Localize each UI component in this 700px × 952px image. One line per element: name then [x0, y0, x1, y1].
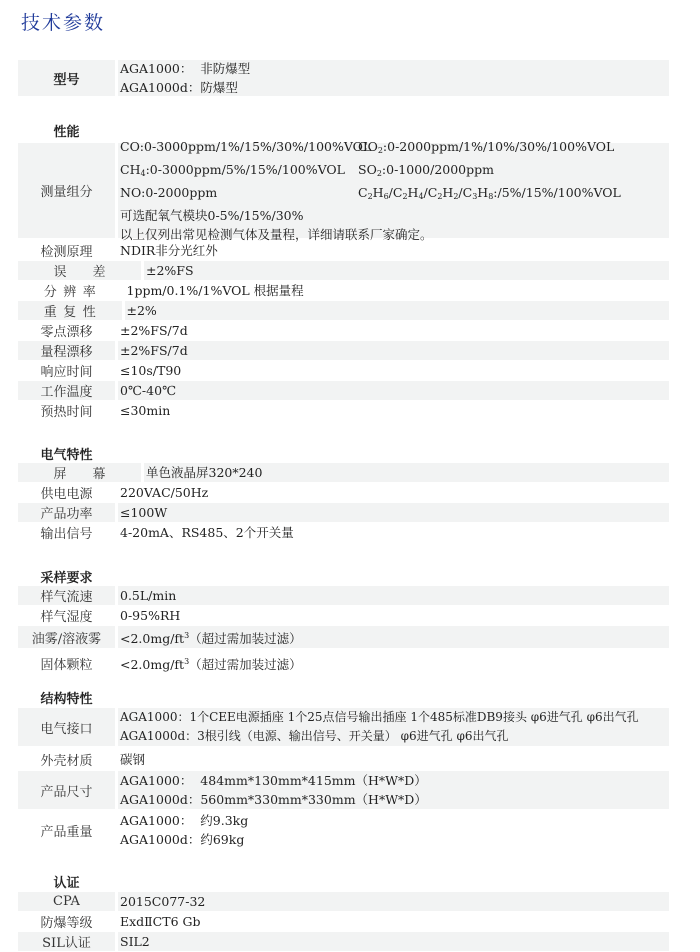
gas-range: NO:0-2000ppm — [120, 183, 358, 206]
spec-row: 防爆等级ExdⅡCT6 Gb — [18, 912, 669, 931]
spec-label: 屏幕 — [18, 463, 141, 482]
spec-row: 分辨率1ppm/0.1%/1%VOL 根据量程 — [18, 281, 669, 300]
spec-row: 预热时间≤30min — [18, 401, 669, 420]
spec-label: 电气接口 — [18, 708, 115, 746]
page-title: 技术参数 — [21, 8, 105, 35]
spec-label: 油雾/溶液雾 — [18, 626, 115, 648]
spec-value: SIL2 — [118, 932, 669, 951]
gas-range: CH4:0-3000ppm/5%/15%/100%VOL — [120, 160, 358, 183]
spec-value: AGA1000：1个CEE电源插座 1个25点信号输出插座 1个485标准DB9… — [118, 708, 669, 746]
spec-row: 工作温度0℃-40℃ — [18, 381, 669, 400]
spec-value: AGA1000： 非防爆型 AGA1000d：防爆型 — [118, 60, 669, 96]
spec-row: 零点漂移±2%FS/7d — [18, 321, 669, 340]
spec-label: 产品功率 — [18, 503, 115, 522]
spec-label: 量程漂移 — [18, 341, 115, 360]
spec-value: ±2%FS — [144, 261, 669, 280]
spec-value: AGA1000： 484mm*130mm*415mm（H*W*D） AGA100… — [118, 771, 669, 809]
spec-row-weight: 产品重量 AGA1000： 约9.3kg AGA1000d：约69kg — [18, 811, 669, 849]
spec-value: ExdⅡCT6 Gb — [118, 912, 669, 931]
spec-label: 重复性 — [18, 301, 122, 320]
oxygen-option: 可选配氧气模块0-5%/15%/30% — [120, 206, 669, 225]
spec-label: 输出信号 — [18, 523, 115, 542]
spec-value: <2.0mg/ft3（超过需加装过滤） — [118, 652, 669, 674]
section-heading-structure: 结构特性 — [18, 688, 115, 707]
gas-range: CO:0-3000ppm/1%/15%/30%/100%VOL — [120, 137, 358, 160]
spec-label: 固体颗粒 — [18, 652, 115, 674]
spec-row: 供电电源220VAC/50Hz — [18, 483, 669, 502]
spec-row: 响应时间≤10s/T90 — [18, 361, 669, 380]
weight-line: AGA1000： 约9.3kg — [120, 811, 669, 830]
spec-row: CPA2015C077-32 — [18, 892, 669, 911]
spec-label: 外壳材质 — [18, 748, 115, 770]
spec-label: 分辨率 — [18, 281, 122, 300]
spec-value: ≤10s/T90 — [118, 361, 669, 380]
spec-label: 供电电源 — [18, 483, 115, 502]
spec-row: 量程漂移±2%FS/7d — [18, 341, 669, 360]
spec-label: 工作温度 — [18, 381, 115, 400]
spec-value: 1ppm/0.1%/1%VOL 根据量程 — [125, 281, 670, 300]
spec-value: 碳钢 — [118, 748, 669, 770]
spec-row: 检测原理NDIR非分光红外 — [18, 241, 669, 260]
spec-label: 测量组分 — [18, 143, 115, 238]
spec-row: 重复性±2% — [18, 301, 669, 320]
spec-value: 0-95%RH — [118, 606, 669, 625]
spec-label: 产品尺寸 — [18, 771, 115, 809]
section-heading-electrical: 电气特性 — [18, 444, 115, 463]
spec-label: 防爆等级 — [18, 912, 115, 931]
spec-row: 样气流速0.5L/min — [18, 586, 669, 605]
spec-value: 0.5L/min — [118, 586, 669, 605]
spec-label: 预热时间 — [18, 401, 115, 420]
spec-value: <2.0mg/ft3（超过需加装过滤） — [118, 626, 669, 648]
spec-row: 屏幕单色液晶屏320*240 — [18, 463, 669, 482]
spec-value: NDIR非分光红外 — [118, 241, 669, 260]
spec-row: SIL认证SIL2 — [18, 932, 669, 951]
section-heading-sampling: 采样要求 — [18, 567, 115, 586]
model-line: AGA1000d：防爆型 — [120, 78, 669, 97]
spec-label: 误差 — [18, 261, 141, 280]
spec-value: ≤100W — [118, 503, 669, 522]
gas-range: C2H6/C2H4/C2H2/C3H8:/5%/15%/100%VOL — [358, 183, 621, 206]
spec-row: 产品功率≤100W — [18, 503, 669, 522]
spec-row: 误差±2%FS — [18, 261, 669, 280]
interface-line: AGA1000：1个CEE电源插座 1个25点信号输出插座 1个485标准DB9… — [120, 708, 669, 727]
spec-label: 型号 — [18, 60, 115, 96]
size-line: AGA1000： 484mm*130mm*415mm（H*W*D） — [120, 771, 669, 790]
section-heading-certification: 认证 — [18, 872, 115, 891]
spec-row-components: 测量组分 CO:0-3000ppm/1%/15%/30%/100%VOLCO2:… — [18, 143, 669, 238]
spec-row: 样气湿度0-95%RH — [18, 606, 669, 625]
section-heading-performance: 性能 — [18, 121, 115, 140]
spec-value: 4-20mA、RS485、2个开关量 — [118, 523, 669, 542]
spec-label: 样气流速 — [18, 586, 115, 605]
spec-value: AGA1000： 约9.3kg AGA1000d：约69kg — [118, 811, 669, 849]
spec-row: 油雾/溶液雾<2.0mg/ft3（超过需加装过滤） — [18, 626, 669, 648]
spec-value: 2015C077-32 — [118, 892, 669, 911]
spec-value: ≤30min — [118, 401, 669, 420]
spec-label: 零点漂移 — [18, 321, 115, 340]
spec-row-size: 产品尺寸 AGA1000： 484mm*130mm*415mm（H*W*D） A… — [18, 771, 669, 809]
spec-label: 响应时间 — [18, 361, 115, 380]
spec-value: 单色液晶屏320*240 — [144, 463, 669, 482]
spec-value: CO:0-3000ppm/1%/15%/30%/100%VOLCO2:0-200… — [118, 143, 669, 238]
spec-label: SIL认证 — [18, 932, 115, 951]
spec-value: ±2%FS/7d — [118, 321, 669, 340]
model-line: AGA1000： 非防爆型 — [120, 59, 669, 78]
spec-row-housing: 外壳材质 碳钢 — [18, 748, 669, 770]
interface-line: AGA1000d：3根引线（电源、输出信号、开关量） φ6进气孔 φ6出气孔 — [120, 727, 669, 746]
weight-line: AGA1000d：约69kg — [120, 830, 669, 849]
size-line: AGA1000d：560mm*330mm*330mm（H*W*D） — [120, 790, 669, 809]
gas-range: SO2:0-1000/2000ppm — [358, 160, 494, 183]
spec-label: 检测原理 — [18, 241, 115, 260]
spec-row: 输出信号4-20mA、RS485、2个开关量 — [18, 523, 669, 542]
spec-row-interface: 电气接口 AGA1000：1个CEE电源插座 1个25点信号输出插座 1个485… — [18, 708, 669, 746]
spec-value: 220VAC/50Hz — [118, 483, 669, 502]
spec-value: 0℃-40℃ — [118, 381, 669, 400]
spec-label: 样气湿度 — [18, 606, 115, 625]
spec-value: ±2% — [125, 301, 670, 320]
spec-value: ±2%FS/7d — [118, 341, 669, 360]
gas-range: CO2:0-2000ppm/1%/10%/30%/100%VOL — [358, 137, 614, 160]
spec-label: CPA — [18, 892, 115, 911]
spec-label: 产品重量 — [18, 811, 115, 849]
spec-row: 固体颗粒<2.0mg/ft3（超过需加装过滤） — [18, 652, 669, 674]
spec-row-model: 型号 AGA1000： 非防爆型 AGA1000d：防爆型 — [18, 60, 669, 96]
